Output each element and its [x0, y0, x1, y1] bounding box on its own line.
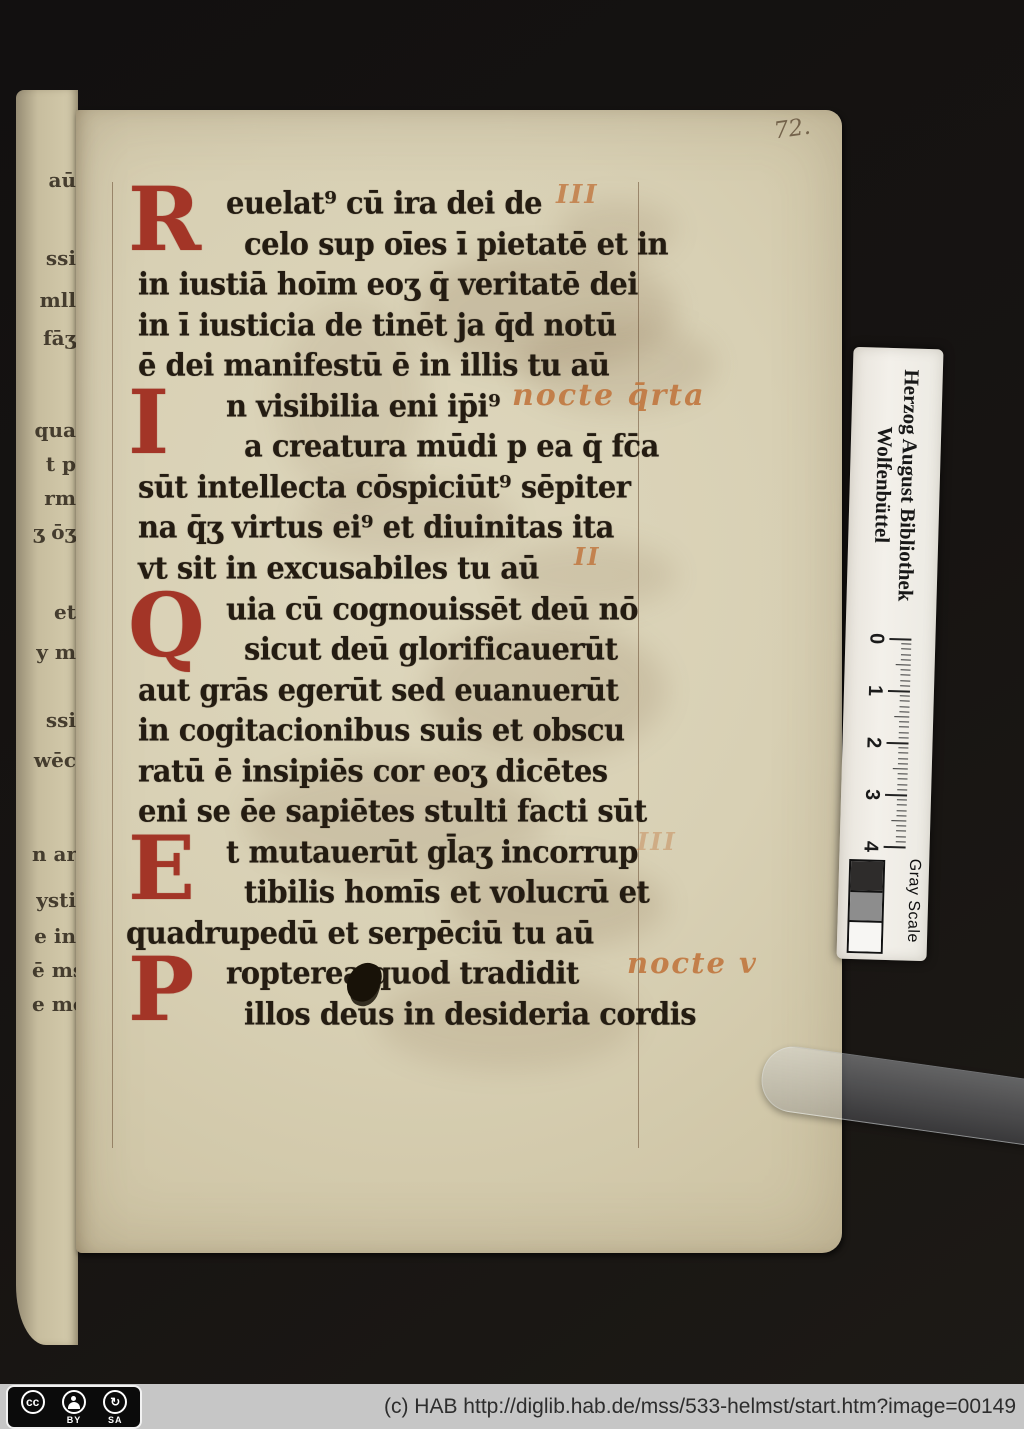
by-license-item: BY: [62, 1390, 86, 1424]
mm-tick: [897, 805, 907, 806]
grayscale-patch: [850, 890, 883, 922]
mm-tick: [900, 685, 910, 686]
mm-tick: [897, 779, 907, 780]
mm-tick: [900, 695, 910, 696]
edge-fragment: ē ms: [32, 958, 76, 982]
cm-number: 0: [864, 627, 888, 650]
person-head: [71, 1396, 76, 1401]
mm-tick: [899, 727, 909, 728]
mm-tick: [901, 654, 911, 655]
manuscript-text-line: uia cū cognouissēt deū nō: [226, 591, 638, 627]
mm-tick: [896, 825, 906, 826]
mm-tick: [896, 841, 906, 842]
grayscale-patch: [849, 920, 882, 952]
creative-commons-icon: cc: [21, 1390, 45, 1414]
cm-number: 1: [863, 679, 887, 702]
manuscript-text-line: t mutauerūt gl̄aʒ incorrup: [226, 834, 638, 870]
cm-tick: [888, 690, 910, 693]
edge-fragment: e mo: [32, 992, 76, 1016]
mm-tick: [898, 753, 908, 754]
grayscale-patches: [847, 859, 886, 954]
cm-tick: [886, 742, 908, 745]
mm-tick: [894, 716, 909, 717]
mm-tick: [901, 649, 911, 650]
digitized-manuscript-scan: aūssimllfāʒquat prmʒ ōʒety mssiwēcn arys…: [0, 0, 1024, 1429]
mm-tick: [899, 711, 909, 712]
rubric-initial: I: [128, 383, 169, 461]
rubric-initial: R: [128, 180, 201, 258]
mm-tick: [896, 664, 911, 665]
manuscript-text-line: sūt intellecta cōspiciūt⁹ sēpiter: [138, 469, 631, 505]
manuscript-text-line: aut grās egerūt sed euanuerūt: [138, 672, 619, 708]
mm-tick: [898, 763, 908, 764]
edge-fragment: y m: [32, 640, 76, 664]
sa-license-item: ↻ SA: [103, 1390, 127, 1424]
cm-tick: [884, 846, 906, 849]
mm-tick: [893, 768, 908, 769]
manuscript-text-line: in iustiā hoīm eoʒ q̄ veritatē dei: [138, 266, 638, 302]
marginal-note: II: [574, 542, 600, 571]
mm-tick: [891, 820, 906, 821]
mm-tick: [897, 784, 907, 785]
cm-number: 2: [861, 731, 885, 754]
license-badge: cc BY ↻ SA: [6, 1385, 142, 1429]
ruled-frame-line-left: [112, 182, 113, 1148]
marginal-note: III: [556, 180, 599, 210]
edge-fragment: ssi: [32, 708, 76, 732]
edge-fragment: rm: [32, 486, 76, 510]
manuscript-text-line: quadrupedū et serpēciū tu aū: [126, 915, 594, 951]
manuscript-text-line: eni se ēe sapiētes stulti facti sūt: [138, 793, 647, 829]
manuscript-text-line: ratū ē insipiēs cor eoʒ dicētes: [138, 753, 608, 789]
manuscript-text-line: a creatura mūdi p ea q̄ fc̄a: [244, 428, 659, 464]
institution-label: Herzog August Bibliothek Wolfenbüttel: [854, 351, 937, 619]
mm-tick: [899, 737, 909, 738]
manuscript-text-line: n visibilia eni ip̄i⁹: [226, 388, 500, 424]
mm-tick: [901, 659, 911, 660]
caption-bar: cc BY ↻ SA (c) HAB http://diglib.hab.de/…: [0, 1384, 1024, 1429]
mm-tick: [900, 701, 910, 702]
by-label: BY: [67, 1415, 82, 1424]
rubric-initial: Q: [128, 586, 205, 664]
edge-fragment: n ar: [32, 842, 76, 866]
mm-tick: [898, 773, 908, 774]
sa-label: SA: [108, 1415, 123, 1424]
mm-tick: [898, 747, 908, 748]
edge-fragment: qua: [32, 418, 76, 442]
manuscript-text-line: na q̄ʒ virtus ei⁹ et diuinitas ita: [138, 510, 614, 546]
edge-fragment: wēc: [32, 748, 76, 772]
mm-tick: [901, 643, 911, 644]
mm-tick: [899, 721, 909, 722]
edge-fragment: ʒ ōʒ: [32, 520, 76, 544]
mm-tick: [896, 815, 906, 816]
manuscript-text-line: celo sup oīes ī pietatē et in: [244, 226, 668, 262]
mm-tick: [900, 675, 910, 676]
manuscript-text-line: tibilis homīs et volucrū et: [244, 874, 649, 910]
copyright-caption: (c) HAB http://diglib.hab.de/mss/533-hel…: [384, 1395, 1016, 1419]
marginal-note: nocte v: [627, 946, 758, 980]
edge-fragment: fāʒ: [32, 326, 76, 350]
mm-tick: [899, 732, 909, 733]
rubric-initial: E: [128, 829, 195, 907]
edge-fragment: t p: [32, 452, 76, 476]
manuscript-text-line: euelat⁹ cū ira dei de: [226, 185, 542, 221]
mm-tick: [897, 799, 907, 800]
person-body: [68, 1402, 80, 1409]
cm-tick: [885, 794, 907, 797]
cm-tick: [889, 638, 911, 641]
mm-tick: [896, 831, 906, 832]
edge-fragment: aū: [32, 168, 76, 192]
previous-page-edge: aūssimllfāʒquat prmʒ ōʒety mssiwēcn arys…: [16, 90, 78, 1345]
manuscript-page: 72. Reuelat⁹ cū ira dei decelo sup oīes …: [76, 110, 842, 1253]
mm-tick: [900, 680, 910, 681]
share-alike-arrow-icon: ↻: [103, 1390, 127, 1414]
color-calibration-ruler: Herzog August Bibliothek Wolfenbüttel 01…: [836, 347, 943, 961]
marginal-note: nocte q̄rta: [512, 378, 706, 413]
cm-number: 4: [858, 835, 882, 858]
manuscript-text-line: sicut deū glorificauerūt: [244, 631, 618, 667]
ruler-rotated-content: Herzog August Bibliothek Wolfenbüttel 01…: [836, 347, 943, 961]
edge-fragment: ysti: [32, 888, 76, 912]
edge-fragment: et: [32, 600, 76, 624]
edge-fragment: e in: [32, 924, 76, 948]
manuscript-text-line: in cogitacionibus suis et obscu: [138, 712, 625, 748]
manuscript-text-line: illos deus in desideria cordis: [244, 996, 696, 1032]
manuscript-text-line: in ī iusticia de tinēt ja q̄d notū: [138, 307, 616, 343]
edge-fragment: ssi: [32, 246, 76, 270]
attribution-person-icon: [62, 1390, 86, 1414]
rubric-initial: P: [128, 950, 194, 1028]
mm-tick: [897, 810, 907, 811]
grayscale-patch: [850, 861, 883, 891]
folio-number: 72.: [772, 114, 812, 145]
marginal-note: III: [637, 827, 677, 856]
mm-tick: [896, 836, 906, 837]
cc-license-item: cc: [21, 1390, 45, 1424]
mm-tick: [901, 669, 911, 670]
cm-number: 3: [860, 783, 884, 806]
gray-scale-label: Gray Scale: [897, 858, 924, 955]
manuscript-text-line: ropterea quod tradidit: [226, 956, 579, 992]
mm-tick: [897, 789, 907, 790]
centimeter-scale: 01234: [839, 629, 936, 877]
mm-tick: [900, 706, 910, 707]
edge-fragment: mll: [32, 288, 76, 312]
mm-tick: [898, 758, 908, 759]
